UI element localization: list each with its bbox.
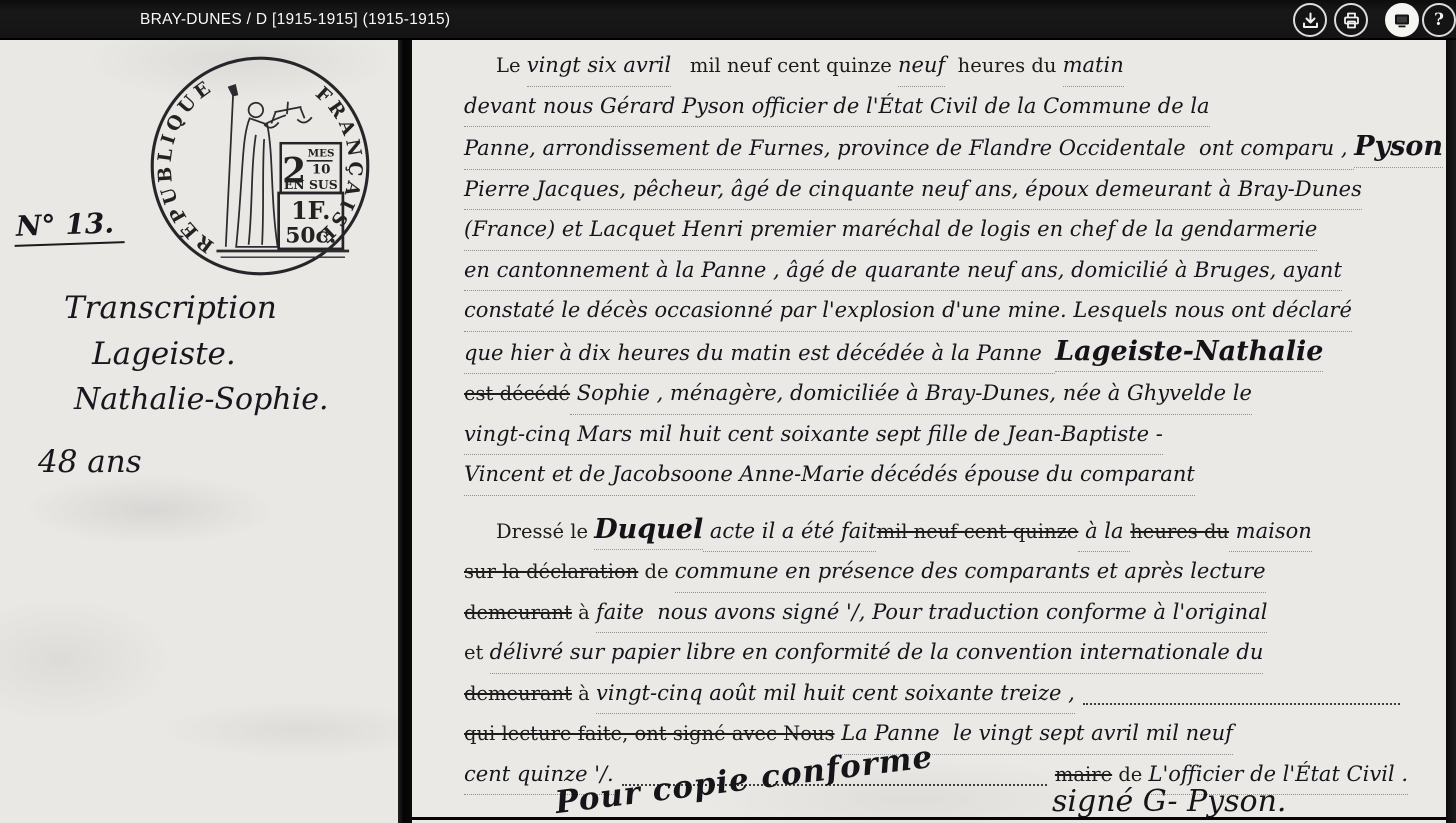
act-segment: en cantonnement à la Panne , âgé de quar… <box>464 251 1342 292</box>
act-segment: vingt-cinq août mil huit cent soixante t… <box>596 674 1075 715</box>
stamp-pedestal <box>216 251 349 257</box>
stamp-tax-sup: MES <box>308 148 335 160</box>
act-segment: demeurant <box>464 674 572 714</box>
stamp-value-fr: 1F. <box>291 197 330 225</box>
scan-right-edge <box>1446 40 1456 823</box>
margin-note-line: Nathalie-Sophie. <box>74 382 329 417</box>
act-line: Pierre Jacques, pêcheur, âgé de cinquant… <box>412 170 1446 211</box>
monitor-icon <box>1392 10 1412 30</box>
act-line: devant nous Gérard Pyson officier de l'É… <box>412 87 1446 128</box>
act-line: Vincent et de Jacobsoone Anne-Marie décé… <box>412 455 1446 496</box>
act-segment: maison <box>1229 512 1312 553</box>
margin-note-line: Transcription <box>64 290 277 326</box>
act-segment: vingt six avril <box>527 46 672 87</box>
download-button[interactable] <box>1293 3 1327 37</box>
act-segment: neuf <box>898 46 945 87</box>
viewer-header: BRAY-DUNES / D [1915-1915] (1915-1915) ? <box>0 0 1456 40</box>
act-segment: faite nous avons signé '/, Pour traducti… <box>596 593 1267 634</box>
act-segment: mil neuf cent quinze <box>671 46 898 86</box>
act-line: Le vingt six avril mil neuf cent quinze … <box>412 46 1446 87</box>
act-lines: Le vingt six avril mil neuf cent quinze … <box>412 40 1446 823</box>
act-segment: Duquel <box>594 510 703 551</box>
act-line: demeurant à vingt-cinq août mil huit cen… <box>412 674 1446 715</box>
act-segment: que hier à dix heures du matin est décéd… <box>464 334 1055 375</box>
act-segment: commune en présence des comparants et ap… <box>675 552 1266 593</box>
act-segment: heures du <box>945 46 1062 86</box>
act-segment: Le <box>496 46 527 86</box>
act-segment: mil neuf cent quinze <box>876 512 1078 552</box>
act-segment: Pierre Jacques, pêcheur, âgé de cinquant… <box>464 170 1362 211</box>
stamp-tax-den: 10 <box>312 161 331 177</box>
act-line: est décédé Sophie , ménagère, domiciliée… <box>412 374 1446 415</box>
revenue-stamp: RÉPUBLIQUE FRANÇAISE <box>146 52 374 280</box>
document-viewport[interactable]: RÉPUBLIQUE FRANÇAISE <box>0 40 1456 823</box>
act-segment: à <box>572 593 596 633</box>
act-line: que hier à dix heures du matin est décéd… <box>412 332 1446 375</box>
act-number: N° 13. <box>13 206 124 247</box>
act-line: vingt-cinq Mars mil huit cent soixante s… <box>412 415 1446 456</box>
act-segment: heures du <box>1130 512 1229 552</box>
stamp-tax-box: 2 MES 10 EN SUS 1F. 50c. <box>279 143 343 249</box>
act-segment: Lageiste-Nathalie <box>1055 332 1323 373</box>
act-line: Dressé le Duquel acte il a été faitmil n… <box>412 510 1446 553</box>
act-segment: délivré sur papier libre en conformité d… <box>490 633 1264 674</box>
act-segment: qui lecture faite, ont signé avec Nous <box>464 714 835 754</box>
page-fold-divider <box>398 40 412 823</box>
scan-left-page: RÉPUBLIQUE FRANÇAISE <box>0 40 398 823</box>
act-segment: matin <box>1063 46 1124 87</box>
act-line: demeurant à faite nous avons signé '/, P… <box>412 593 1446 634</box>
print-button[interactable] <box>1334 3 1368 37</box>
register-title: BRAY-DUNES / D [1915-1915] (1915-1915) <box>140 0 450 40</box>
act-line: en cantonnement à la Panne , âgé de quar… <box>412 251 1446 292</box>
svg-text:RÉPUBLIQUE: RÉPUBLIQUE <box>153 75 217 257</box>
scan-right-page: Le vingt six avril mil neuf cent quinze … <box>412 40 1446 823</box>
act-segment: et <box>464 633 490 673</box>
print-icon <box>1342 11 1361 30</box>
stamp-tax-ensus: EN SUS <box>284 177 338 192</box>
act-line: constaté le décès occasionné par l'explo… <box>412 291 1446 332</box>
stamp-text-republique: RÉPUBLIQUE <box>153 75 217 257</box>
fullscreen-button[interactable] <box>1385 3 1419 37</box>
help-icon: ? <box>1434 10 1444 30</box>
act-line: (France) et Lacquet Henri premier maréch… <box>412 210 1446 251</box>
act-segment: à la <box>1078 512 1130 553</box>
act-line: sur la déclaration de commune en présenc… <box>412 552 1446 593</box>
act-segment: vingt-cinq Mars mil huit cent soixante s… <box>464 415 1163 456</box>
act-line: et délivré sur papier libre en conformit… <box>412 633 1446 674</box>
act-segment: Pyson <box>1354 127 1443 168</box>
dotted-rule <box>1083 697 1400 705</box>
act-segment: Panne, arrondissement de Furnes, provinc… <box>464 129 1354 170</box>
act-segment: est décédé <box>464 374 570 414</box>
act-segment: (France) et Lacquet Henri premier maréch… <box>464 210 1317 251</box>
act-segment: acte il a été fait <box>703 512 876 553</box>
act-segment: sur la déclaration <box>464 552 638 592</box>
act-segment: Vincent et de Jacobsoone Anne-Marie décé… <box>464 455 1195 496</box>
act-line: Panne, arrondissement de Furnes, provinc… <box>412 127 1446 170</box>
help-button[interactable]: ? <box>1422 3 1456 37</box>
act-segment: à <box>572 674 596 714</box>
act-segment: constaté le décès occasionné par l'explo… <box>464 291 1352 332</box>
act-segment: de <box>638 552 674 592</box>
stamp-value-ct: 50c. <box>285 224 336 249</box>
act-segment: devant nous Gérard Pyson officier de l'É… <box>464 87 1210 128</box>
act-segment: Sophie , ménagère, domiciliée à Bray-Dun… <box>570 374 1252 415</box>
margin-note-line: Lageiste. <box>92 336 236 372</box>
officer-signature: signé G- Pyson. <box>1052 784 1286 819</box>
margin-note-age: 48 ans <box>38 444 142 480</box>
act-segment: Dressé le <box>496 512 594 552</box>
act-segment: demeurant <box>464 593 572 633</box>
download-icon <box>1301 11 1320 30</box>
